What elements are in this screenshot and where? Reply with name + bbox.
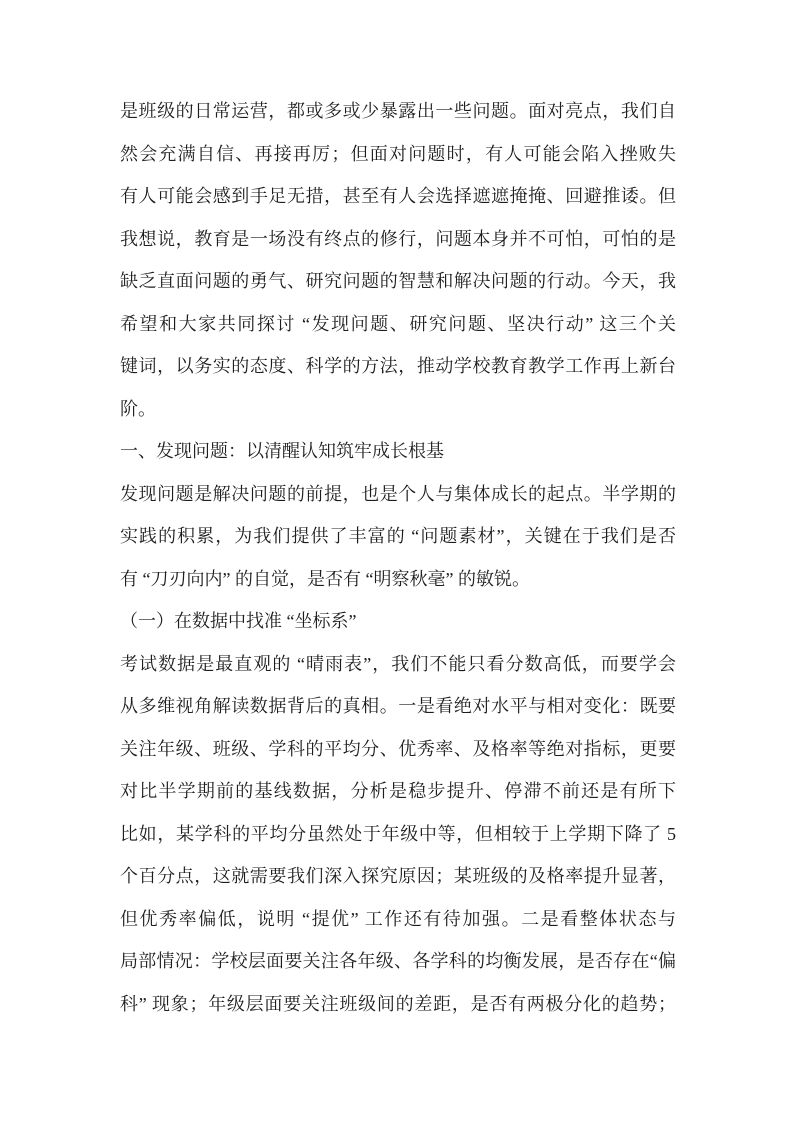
text-line: 实践的积累，为我们提供了丰富的 “问题素材”，关键在于我们是否	[120, 515, 676, 558]
text-line: 是班级的日常运营，都或多或少暴露出一些问题。面对亮点，我们自	[120, 90, 676, 133]
paragraph-end-line: 阶。	[120, 388, 676, 431]
text-line: 发现问题是解决问题的前提，也是个人与集体成长的起点。半学期的	[120, 473, 676, 516]
text-line: 个百分点，这就需要我们深入探究原因；某班级的及格率提升显著，	[120, 855, 676, 898]
text-line: 然会充满自信、再接再厉；但面对问题时，有人可能会陷入挫败失落，	[120, 133, 676, 176]
text-line: 我想说，教育是一场没有终点的修行，问题本身并不可怕，可怕的是	[120, 218, 676, 261]
text-line: 关注年级、班级、学科的平均分、优秀率、及格率等绝对指标，更要	[120, 728, 676, 771]
text-line: 科” 现象；年级层面要关注班级间的差距，是否有两极分化的趋势；	[120, 983, 676, 1026]
text-line: 希望和大家共同探讨 “发现问题、研究问题、坚决行动” 这三个关	[120, 303, 676, 346]
text-line: 比如，某学科的平均分虽然处于年级中等，但相较于上学期下降了 5	[120, 813, 676, 856]
text-line: 键词，以务实的态度、科学的方法，推动学校教育教学工作再上新台	[120, 345, 676, 388]
document-text-block: 是班级的日常运营，都或多或少暴露出一些问题。面对亮点，我们自 然会充满自信、再接…	[120, 90, 676, 1025]
section-heading: 一、发现问题：以清醒认知筑牢成长根基	[120, 430, 676, 473]
text-line: 缺乏直面问题的勇气、研究问题的智慧和解决问题的行动。今天，我	[120, 260, 676, 303]
document-page: 是班级的日常运营，都或多或少暴露出一些问题。面对亮点，我们自 然会充满自信、再接…	[0, 0, 793, 1122]
text-line: 对比半学期前的基线数据，分析是稳步提升、停滞不前还是有所下滑。	[120, 770, 676, 813]
text-line: 考试数据是最直观的 “晴雨表”，我们不能只看分数高低，而要学会	[120, 643, 676, 686]
text-line: 局部情况：学校层面要关注各年级、各学科的均衡发展，是否存在“偏	[120, 940, 676, 983]
text-line: 有人可能会感到手足无措，甚至有人会选择遮遮掩掩、回避推诿。但	[120, 175, 676, 218]
text-line: 从多维视角解读数据背后的真相。一是看绝对水平与相对变化：既要	[120, 685, 676, 728]
paragraph-end-line: 有 “刀刃向内” 的自觉，是否有 “明察秋毫” 的敏锐。	[120, 558, 676, 601]
text-line: 但优秀率偏低，说明 “提优” 工作还有待加强。二是看整体状态与	[120, 898, 676, 941]
subsection-heading: （一）在数据中找准 “坐标系”	[120, 600, 676, 643]
